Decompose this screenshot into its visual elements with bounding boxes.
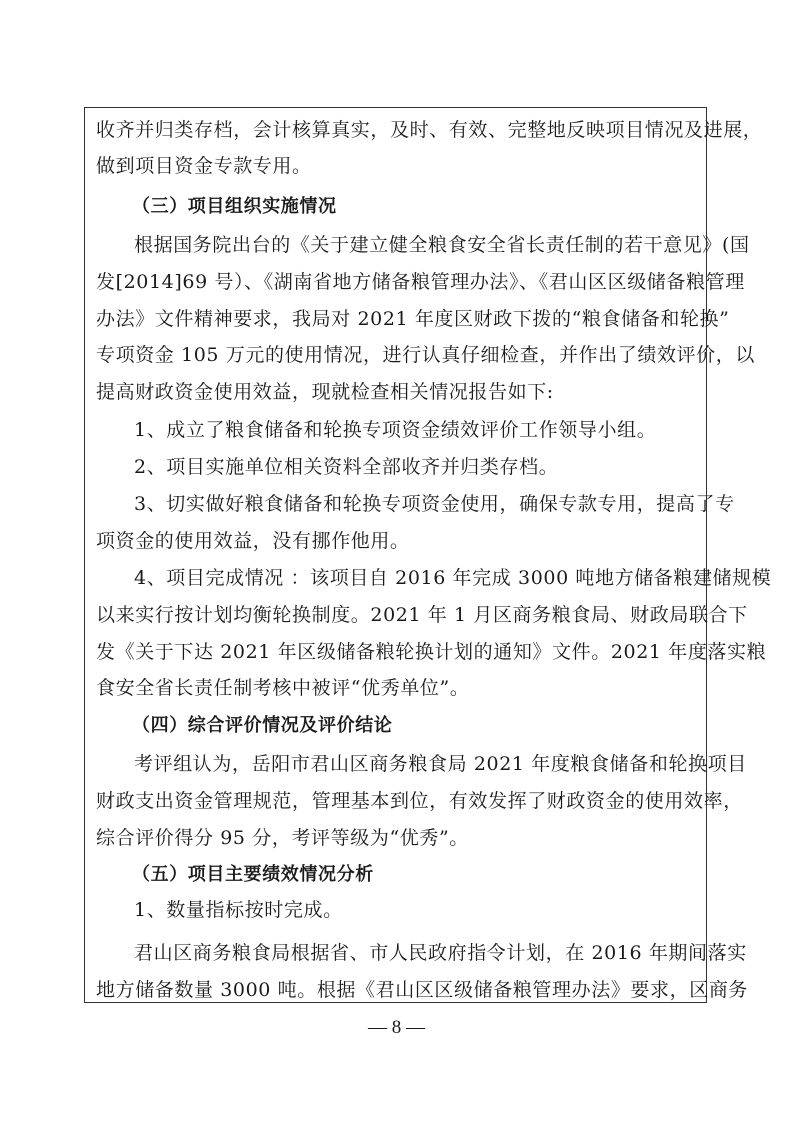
- text-line: 做到项目资金专款专用。: [96, 154, 312, 178]
- text-line: 综合评价得分 95 分，考评等级为“优秀”。: [96, 826, 469, 850]
- text-line: 专项资金 105 万元的使用情况，进行认真仔细检查，并作出了绩效评价，以: [96, 343, 755, 367]
- text-line: 4、项目完成情况 ：该项目自 2016 年完成 3000 吨地方储备粮建储规模: [134, 566, 771, 590]
- text-line: 办法》文件精神要求，我局对 2021 年度区财政下拨的“粮食储备和轮换”: [96, 307, 729, 331]
- text-line: 项资金的使用效益，没有挪作他用。: [96, 529, 410, 553]
- text-line: 3、切实做好粮食储备和轮换专项资金使用，确保专款专用，提高了专: [134, 492, 735, 516]
- text-line: 提高财政资金使用效益，现就检查相关情况报告如下:: [96, 380, 554, 404]
- section-heading: （五）项目主要绩效情况分析: [132, 863, 374, 887]
- text-line: 收齐并归类存档，会计核算真实，及时、有效、完整地反映项目情况及进展，: [96, 118, 762, 142]
- text-line: 根据国务院出台的《关于建立健全粮食安全省长责任制的若干意见》(国: [134, 233, 750, 257]
- text-line: 1、成立了粮食储备和轮换专项资金绩效评价工作领导小组。: [134, 418, 656, 442]
- section-heading: （四）综合评价情况及评价结论: [132, 714, 392, 738]
- text-line: 地方储备数量 3000 吨。根据《君山区区级储备粮管理办法》要求，区商务: [96, 978, 748, 1002]
- text-line: 以来实行按计划均衡轮换制度。2021 年 1 月区商务粮食局、财政局联合下: [96, 603, 748, 627]
- text-line: 食安全省长责任制考核中被评“优秀单位”。: [96, 676, 469, 700]
- text-line: 发[2014]69 号）、《湖南省地方储备粮管理办法》、《君山区区级储备粮管理: [96, 270, 745, 294]
- text-line: 2、项目实施单位相关资料全部收齐并归类存档。: [134, 455, 558, 479]
- text-line: 发《关于下达 2021 年区级储备粮轮换计划的通知》文件。2021 年度落实粮: [96, 640, 766, 664]
- text-line: 1、数量指标按时完成。: [134, 898, 343, 922]
- text-line: 财政支出资金管理规范，管理基本到位，有效发挥了财政资金的使用效率，: [96, 789, 743, 813]
- page-number: — 8 —: [0, 1017, 793, 1039]
- text-line: 君山区商务粮食局根据省、市人民政府指令计划，在 2016 年期间落实: [134, 941, 747, 965]
- section-heading: （三）项目组织实施情况: [132, 195, 337, 219]
- text-line: 考评组认为，岳阳市君山区商务粮食局 2021 年度粮食储备和轮换项目: [134, 752, 747, 776]
